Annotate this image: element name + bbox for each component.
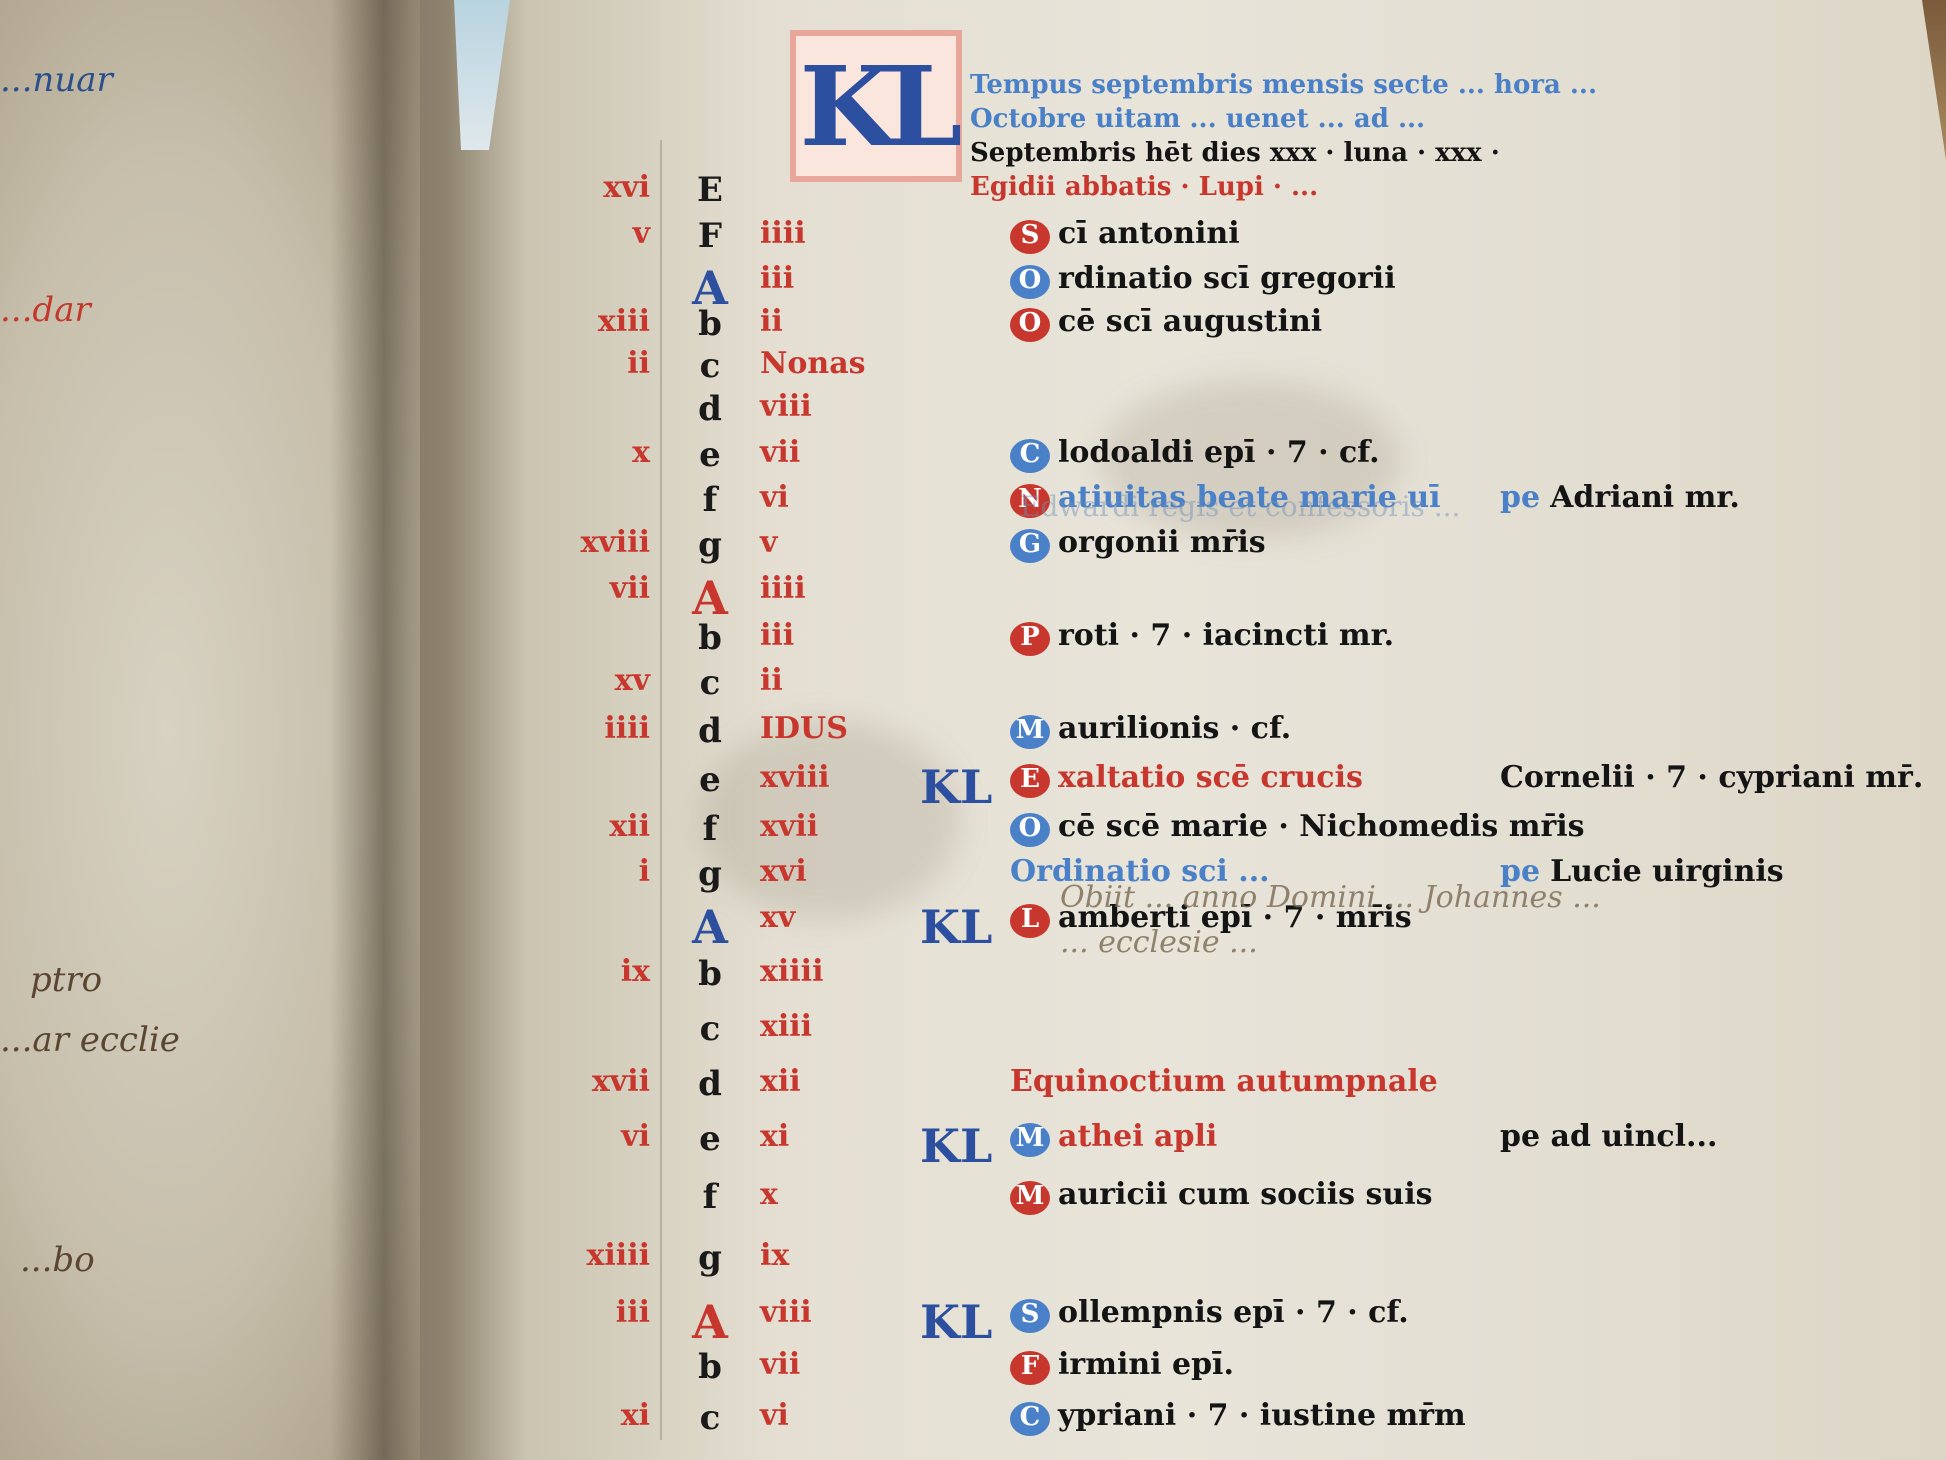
dominical-letter: f xyxy=(690,1177,730,1217)
dominical-letter: g xyxy=(690,525,730,565)
dominical-letter: c xyxy=(690,1009,730,1049)
feast-text: ollempnis epī · 7 · cf. xyxy=(1058,1295,1409,1330)
feast-entry: Exaltatio scē crucis xyxy=(1010,760,1363,798)
dominical-letter: A xyxy=(690,1295,730,1349)
kl-mark: KL xyxy=(920,760,992,814)
roman-date: Nonas xyxy=(760,346,880,381)
golden-number: xvi xyxy=(540,170,650,205)
dominical-letter: f xyxy=(690,809,730,849)
roman-date: ii xyxy=(760,304,880,339)
table-edge xyxy=(1886,0,1946,160)
dominical-letter: b xyxy=(690,618,730,658)
dominical-letter: c xyxy=(690,1398,730,1438)
dominical-letter: d xyxy=(690,389,730,429)
decorated-initial: O xyxy=(1010,265,1050,299)
roman-date: iiii xyxy=(760,216,880,251)
dominical-letter: e xyxy=(690,760,730,800)
golden-number: i xyxy=(540,854,650,889)
dominical-letter: F xyxy=(690,216,730,256)
roman-date: iii xyxy=(760,261,880,296)
golden-number: v xyxy=(540,216,650,251)
feast-entry: Maurilionis · cf. xyxy=(1010,711,1291,749)
feast-entry: Sollempnis epī · 7 · cf. xyxy=(1010,1295,1409,1333)
feast-entry: Gorgonii mr̄is xyxy=(1010,525,1266,563)
decorated-initial: S xyxy=(1010,1299,1050,1333)
feast-entry: Ocē scī augustini xyxy=(1010,304,1322,342)
secondary-feast: Cornelii · 7 · cypriani mr̄. xyxy=(1500,760,1923,795)
dominical-letter: E xyxy=(690,170,730,210)
roman-date: xvi xyxy=(760,854,880,889)
golden-number: xviii xyxy=(540,525,650,560)
dominical-letter: f xyxy=(690,480,730,520)
decorated-initial: O xyxy=(1010,308,1050,342)
roman-date: viii xyxy=(760,389,880,424)
book-gutter xyxy=(330,0,450,1460)
secondary-feast-text: Cornelii · 7 · cypriani mr̄. xyxy=(1500,760,1923,795)
dominical-letter: e xyxy=(690,1119,730,1159)
decorated-initial: L xyxy=(1010,904,1050,938)
secondary-feast-text: pe ad uincl... xyxy=(1500,1119,1717,1154)
secondary-feast: peAdriani mr. xyxy=(1500,480,1740,515)
secondary-feast-text: Adriani mr. xyxy=(1550,480,1740,515)
golden-number: iii xyxy=(540,1295,650,1330)
decorated-initial: M xyxy=(1010,715,1050,749)
feast-entry: Cypriani · 7 · iustine mr̄m xyxy=(1010,1398,1466,1436)
feast-text: roti · 7 · iacincti mr. xyxy=(1058,618,1394,653)
dominical-letter: e xyxy=(690,435,730,475)
feast-text: Equinoctium autumpnale xyxy=(1010,1064,1438,1099)
dominical-letter: g xyxy=(690,1238,730,1278)
golden-number: xiiii xyxy=(540,1238,650,1273)
golden-number: xii xyxy=(540,809,650,844)
golden-number: ix xyxy=(540,954,650,989)
roman-date: xiiii xyxy=(760,954,880,989)
header-line: Octobre uitam ... uenet ... ad ... xyxy=(970,102,1890,136)
decorated-initial: P xyxy=(1010,622,1050,656)
feast-entry: Equinoctium autumpnale xyxy=(1010,1064,1438,1099)
roman-date: vi xyxy=(760,1398,880,1433)
marginal-annotation: ... ecclesie ... xyxy=(1060,925,1258,960)
decorated-initial: C xyxy=(1010,1402,1050,1436)
decorated-initial: C xyxy=(1010,439,1050,473)
feast-text: rdinatio scī gregorii xyxy=(1058,261,1396,296)
roman-date: vii xyxy=(760,1347,880,1382)
feast-entry: Clodoaldi epī · 7 · cf. xyxy=(1010,435,1380,473)
feast-text: ypriani · 7 · iustine mr̄m xyxy=(1058,1398,1466,1433)
left-page-fragment: ...nuar xyxy=(0,60,113,100)
roman-date: IDUS xyxy=(760,711,880,746)
golden-number: x xyxy=(540,435,650,470)
feast-text: athei apli xyxy=(1058,1119,1217,1154)
kl-mark: KL xyxy=(920,900,992,954)
feast-entry: Ordinatio scī gregorii xyxy=(1010,261,1396,299)
dominical-letter: c xyxy=(690,663,730,703)
decorated-initial: M xyxy=(1010,1181,1050,1215)
roman-date: viii xyxy=(760,1295,880,1330)
feast-text: orgonii mr̄is xyxy=(1058,525,1266,560)
left-page-fragment: ...ar ecclie xyxy=(0,1020,180,1060)
dominical-letter: b xyxy=(690,304,730,344)
decorated-initial: O xyxy=(1010,813,1050,847)
decorated-initial: M xyxy=(1010,1123,1050,1157)
feast-text: cē scī augustini xyxy=(1058,304,1322,339)
roman-date: ii xyxy=(760,663,880,698)
feast-entry: Ocē scē marie · Nichomedis mr̄is xyxy=(1010,809,1585,847)
golden-number: vi xyxy=(540,1119,650,1154)
roman-date: xiii xyxy=(760,1009,880,1044)
feast-entry: Proti · 7 · iacincti mr. xyxy=(1010,618,1394,656)
golden-number: vii xyxy=(540,571,650,606)
dominical-letter: g xyxy=(690,854,730,894)
feast-entry: Mathei apli xyxy=(1010,1119,1217,1157)
decorated-initial: F xyxy=(1010,1351,1050,1385)
golden-number: iiii xyxy=(540,711,650,746)
feast-text: xaltatio scē crucis xyxy=(1058,760,1363,795)
roman-date: xvii xyxy=(760,809,880,844)
feast-text: cī antonini xyxy=(1058,216,1240,251)
left-page-fragment: ptro xyxy=(30,960,102,1000)
feast-text: lodoaldi epī · 7 · cf. xyxy=(1058,435,1380,470)
feast-text: aurilionis · cf. xyxy=(1058,711,1291,746)
roman-date: vii xyxy=(760,435,880,470)
kl-initial: KL xyxy=(790,30,962,182)
decorated-initial: G xyxy=(1010,529,1050,563)
roman-date: xviii xyxy=(760,760,880,795)
golden-number: xiii xyxy=(540,304,650,339)
roman-date: xv xyxy=(760,900,880,935)
feast-text: cē scē marie · Nichomedis mr̄is xyxy=(1058,809,1585,844)
decorated-initial: S xyxy=(1010,220,1050,254)
left-page-fragment: ...dar xyxy=(0,290,91,330)
roman-date: ix xyxy=(760,1238,880,1273)
golden-number: xvii xyxy=(540,1064,650,1099)
kl-mark: KL xyxy=(920,1119,992,1173)
dominical-letter: A xyxy=(690,571,730,625)
left-page-fragment: ...bo xyxy=(20,1240,95,1280)
page-gap xyxy=(440,0,510,150)
marginal-annotation: Obiit ... anno Domini ... Johannes ... xyxy=(1060,880,1601,915)
roman-date: xi xyxy=(760,1119,880,1154)
header-line: Tempus septembris mensis secte ... hora … xyxy=(970,68,1890,102)
golden-number: xi xyxy=(540,1398,650,1433)
feast-entry: Mauricii cum sociis suis xyxy=(1010,1177,1433,1215)
secondary-feast: pe ad uincl... xyxy=(1500,1119,1717,1154)
kl-mark: KL xyxy=(920,1295,992,1349)
dominical-letter: b xyxy=(690,954,730,994)
feast-entry: Firmini epī. xyxy=(1010,1347,1234,1385)
dominical-letter: c xyxy=(690,346,730,386)
ruling-line xyxy=(660,140,662,1440)
dominical-letter: A xyxy=(690,900,730,954)
golden-number: xv xyxy=(540,663,650,698)
golden-number: ii xyxy=(540,346,650,381)
header-line: Egidii abbatis · Lupi · ... xyxy=(970,170,1890,204)
feast-entry: Scī antonini xyxy=(1010,216,1240,254)
roman-date: v xyxy=(760,525,880,560)
calendar-header: Tempus septembris mensis secte ... hora … xyxy=(970,68,1890,204)
header-line: Septembris hēt dies xxx · luna · xxx · xyxy=(970,136,1890,170)
offset-text: Edwardi regis et confessoris ... xyxy=(1020,490,1460,523)
roman-date: iiii xyxy=(760,571,880,606)
manuscript-photo: ...nuar ...dar ptro ...ar ecclie ...bo K… xyxy=(0,0,1946,1460)
decorated-initial: E xyxy=(1010,764,1050,798)
dominical-letter: d xyxy=(690,711,730,751)
roman-date: iii xyxy=(760,618,880,653)
feast-text: auricii cum sociis suis xyxy=(1058,1177,1433,1212)
roman-date: xii xyxy=(760,1064,880,1099)
dominical-letter: b xyxy=(690,1347,730,1387)
secondary-prefix: pe xyxy=(1500,480,1540,515)
feast-text: irmini epī. xyxy=(1058,1347,1234,1382)
roman-date: x xyxy=(760,1177,880,1212)
dominical-letter: d xyxy=(690,1064,730,1104)
roman-date: vi xyxy=(760,480,880,515)
